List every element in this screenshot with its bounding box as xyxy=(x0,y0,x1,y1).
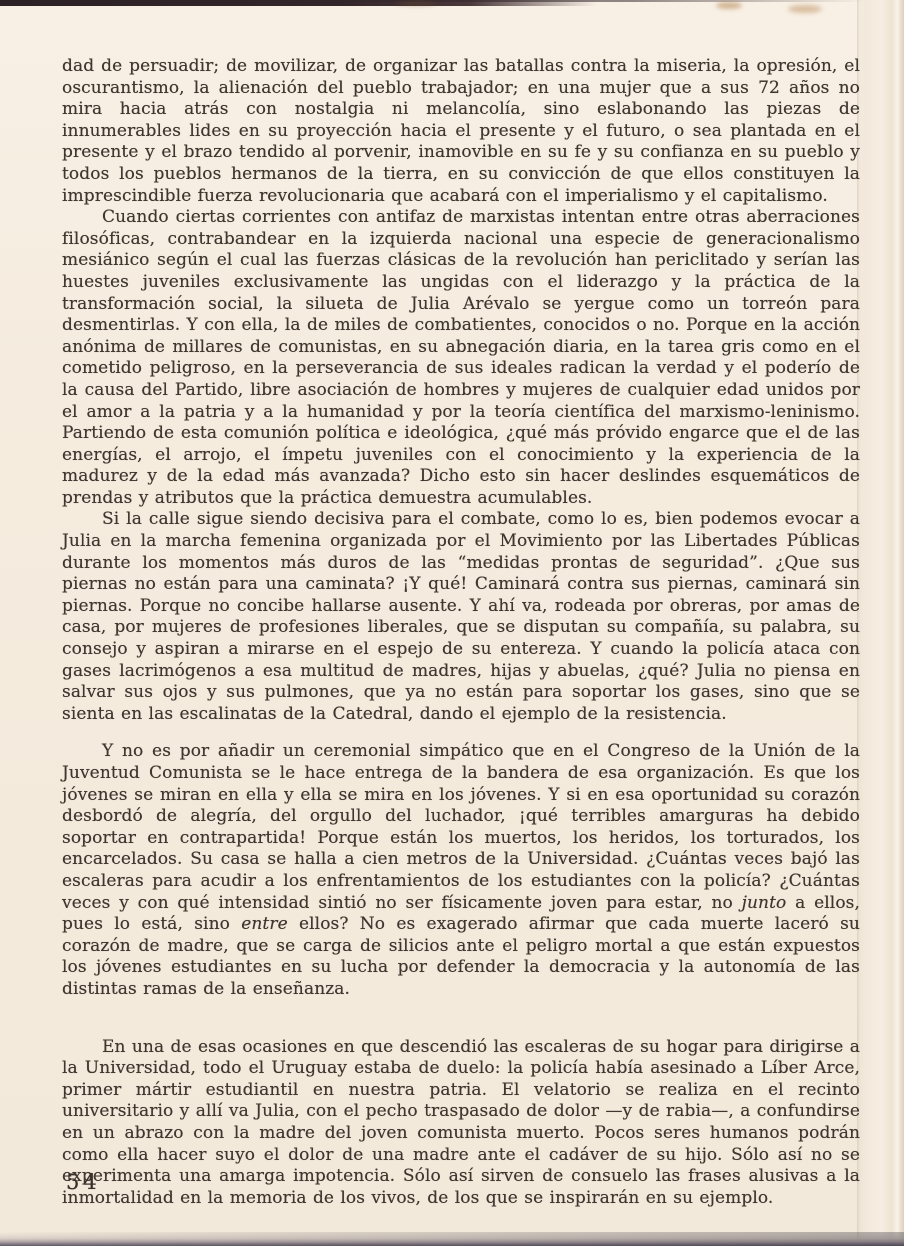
paragraph: Si la calle sigue siendo decisiva para e… xyxy=(62,509,860,725)
italic-word: junto xyxy=(742,893,787,913)
paper-stain xyxy=(396,1,436,6)
italic-word: entre xyxy=(241,914,288,934)
body-text: dad de persuadir; de movilizar, de organ… xyxy=(62,56,860,1209)
paper-stain xyxy=(788,5,822,13)
page-number: 54 xyxy=(66,1170,101,1194)
scan-bottom-edge xyxy=(0,1232,904,1246)
page-right-edge xyxy=(857,0,904,1246)
paragraph-segment: Y no es por añadir un ceremonial simpáti… xyxy=(62,741,860,912)
paragraph-continuation: dad de persuadir; de movilizar, de organ… xyxy=(62,56,860,207)
paper-stain xyxy=(716,2,742,9)
paragraph: En una de esas ocasiones en que descendi… xyxy=(62,1037,860,1210)
scanned-book-page: { "page": { "number": "54", "paragraphs"… xyxy=(0,0,904,1246)
paragraph: Y no es por añadir un ceremonial simpáti… xyxy=(62,741,860,1000)
scan-top-edge-line xyxy=(0,0,904,2)
paragraph: Cuando ciertas corrientes con antifaz de… xyxy=(62,207,860,509)
